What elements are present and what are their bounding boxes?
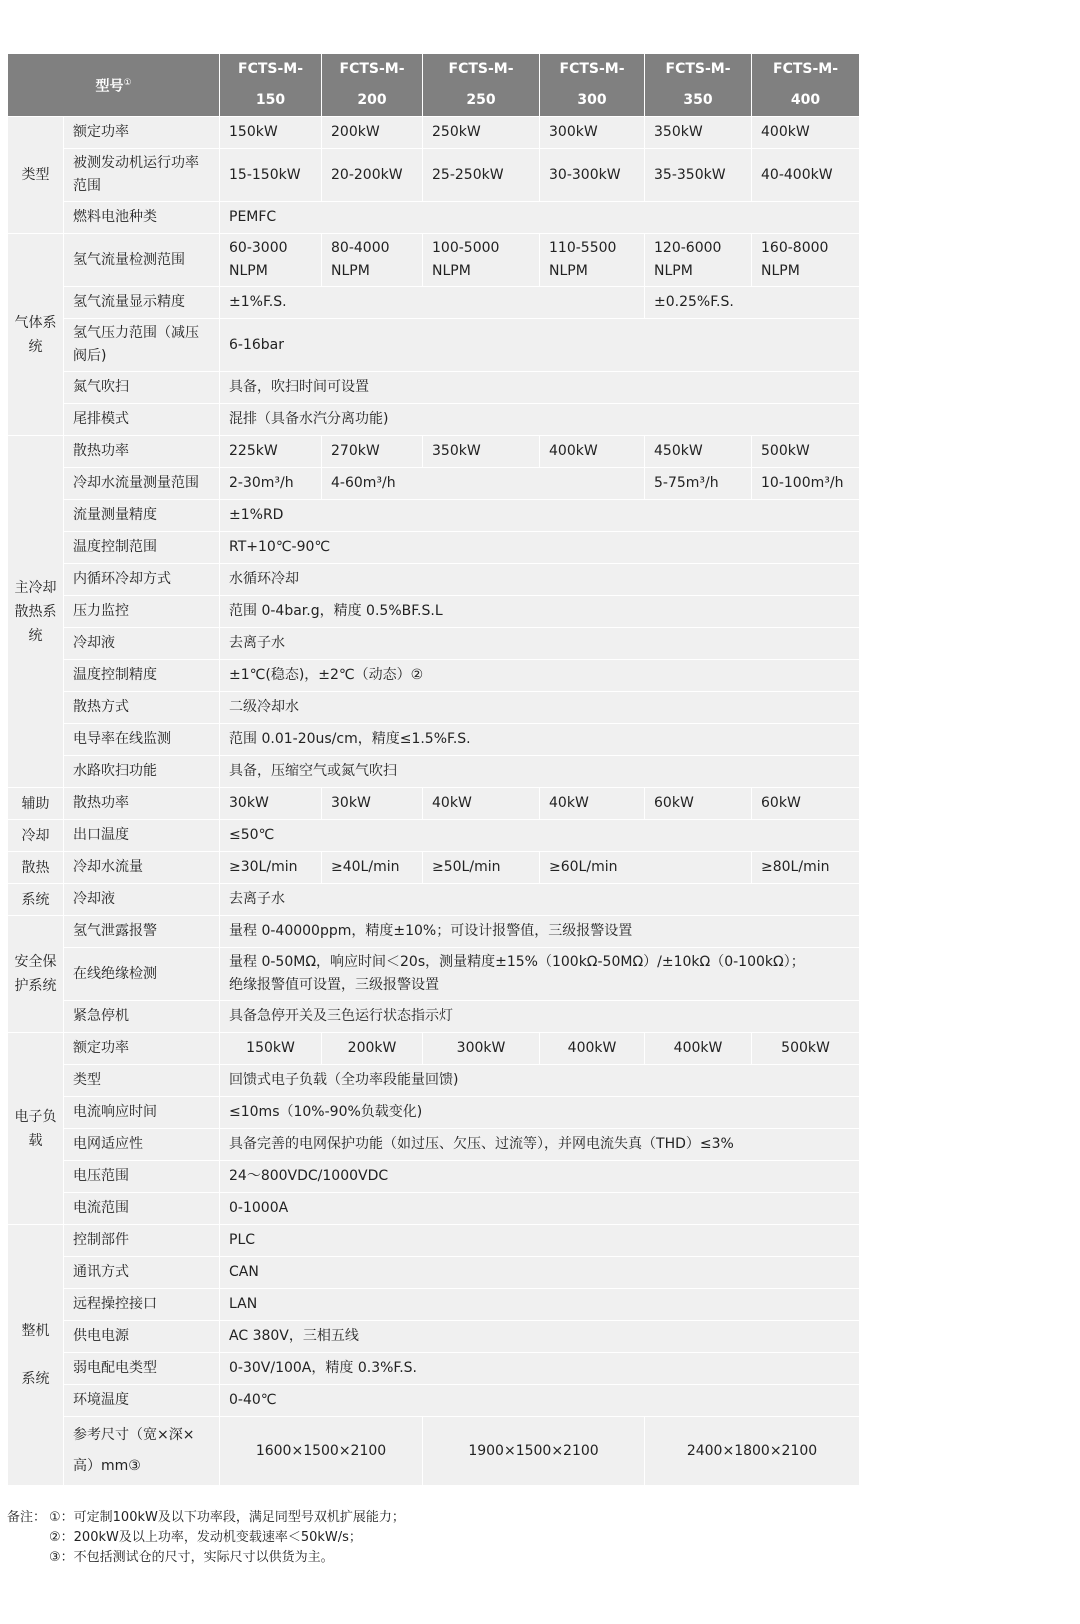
row-label: 燃料电池种类	[64, 202, 220, 234]
note-ref: ①	[123, 78, 131, 88]
row-label: 环境温度	[64, 1385, 220, 1417]
row-label: 在线绝缘检测	[64, 948, 220, 1001]
table-row: 电压范围 24～800VDC/1000VDC	[8, 1161, 860, 1193]
spec-table-container: 型号① FCTS-M-150 FCTS-M-200 FCTS-M-250 FCT…	[7, 53, 859, 1486]
row-label: 冷却水流量测量范围	[64, 468, 220, 500]
table-row: 流量测量精度 ±1%RD	[8, 500, 860, 532]
row-label: 电导率在线监测	[64, 724, 220, 756]
row-label: 电压范围	[64, 1161, 220, 1193]
table-row: 参考尺寸（宽×深×高）mm③ 1600×1500×2100 1900×1500×…	[8, 1417, 860, 1486]
category-aux-cooling-4: 系统	[8, 884, 64, 916]
row-label: 电流范围	[64, 1193, 220, 1225]
table-row: 系统 冷却液 去离子水	[8, 884, 860, 916]
category-main-cooling: 主冷却散热系统	[8, 436, 64, 788]
table-row: 温度控制精度 ±1℃(稳态)，±2℃（动态）②	[8, 660, 860, 692]
table-row: 氮气吹扫 具备，吹扫时间可设置	[8, 372, 860, 404]
table-row: 弱电配电类型 0-30V/100A，精度 0.3%F.S.	[8, 1353, 860, 1385]
row-label: 冷却液	[64, 884, 220, 916]
category-eload: 电子负载	[8, 1033, 64, 1225]
row-label: 流量测量精度	[64, 500, 220, 532]
row-label: 压力监控	[64, 596, 220, 628]
row-label: 远程操控接口	[64, 1289, 220, 1321]
table-row: 气体系统 氢气流量检测范围 60-3000 NLPM 80-4000 NLPM …	[8, 234, 860, 287]
row-label: 温度控制范围	[64, 532, 220, 564]
row-label: 氢气压力范围（减压阀后)	[64, 319, 220, 372]
row-label: 通讯方式	[64, 1257, 220, 1289]
row-label: 类型	[64, 1065, 220, 1097]
table-row: 内循环冷却方式 水循环冷却	[8, 564, 860, 596]
table-row: 类型 额定功率 150kW 200kW 250kW 300kW 350kW 40…	[8, 117, 860, 149]
table-row: 散热 冷却水流量 ≥30L/min ≥40L/min ≥50L/min ≥60L…	[8, 852, 860, 884]
table-row: 被测发动机运行功率范围 15-150kW 20-200kW 25-250kW 3…	[8, 149, 860, 202]
footnote-2: ②：200kW及以上功率，发动机变载速率＜50kW/s；	[49, 1528, 362, 1548]
table-row: 尾排模式 混排（具备水汽分离功能)	[8, 404, 860, 436]
model-col-4: FCTS-M-300	[540, 54, 645, 117]
table-row: 辅助 散热功率 30kW 30kW 40kW 40kW 60kW 60kW	[8, 788, 860, 820]
table-row: 氢气压力范围（减压阀后) 6-16bar	[8, 319, 860, 372]
table-row: 供电电源 AC 380V，三相五线	[8, 1321, 860, 1353]
table-row: 散热方式 二级冷却水	[8, 692, 860, 724]
row-label: 供电电源	[64, 1321, 220, 1353]
table-row: 水路吹扫功能 具备，压缩空气或氮气吹扫	[8, 756, 860, 788]
table-row: 冷却水流量测量范围 2-30m³/h 4-60m³/h 5-75m³/h 10-…	[8, 468, 860, 500]
footnotes: 备注：①：可定制100kW及以下功率段，满足同型号双机扩展能力； ②：200kW…	[7, 1508, 405, 1568]
category-gas: 气体系统	[8, 234, 64, 436]
row-label: 冷却水流量	[64, 852, 220, 884]
row-label: 散热功率	[64, 436, 220, 468]
table-row: 安全保护系统 氢气泄露报警 量程 0-40000ppm，精度±10%；可设计报警…	[8, 916, 860, 948]
header-row: 型号① FCTS-M-150 FCTS-M-200 FCTS-M-250 FCT…	[8, 54, 860, 117]
row-label: 额定功率	[64, 117, 220, 149]
table-row: 类型 回馈式电子负载（全功率段能量回馈)	[8, 1065, 860, 1097]
table-row: 环境温度 0-40℃	[8, 1385, 860, 1417]
table-row: 电流范围 0-1000A	[8, 1193, 860, 1225]
category-safety: 安全保护系统	[8, 916, 64, 1033]
row-label: 尾排模式	[64, 404, 220, 436]
row-label: 电流响应时间	[64, 1097, 220, 1129]
footnote-3: ③：不包括测试仓的尺寸，实际尺寸以供货为主。	[49, 1548, 334, 1568]
row-label: 内循环冷却方式	[64, 564, 220, 596]
row-label: 散热功率	[64, 788, 220, 820]
table-row: 电导率在线监测 范围 0.01-20us/cm，精度≤1.5%F.S.	[8, 724, 860, 756]
model-header: 型号①	[8, 54, 220, 117]
model-col-6: FCTS-M-400	[752, 54, 860, 117]
category-type: 类型	[8, 117, 64, 234]
category-aux-cooling-1: 辅助	[8, 788, 64, 820]
row-label: 温度控制精度	[64, 660, 220, 692]
table-row: 电网适应性 具备完善的电网保护功能（如过压、欠压、过流等），并网电流失真（THD…	[8, 1129, 860, 1161]
row-label: 出口温度	[64, 820, 220, 852]
table-row: 温度控制范围 RT+10℃-90℃	[8, 532, 860, 564]
table-row: 通讯方式 CAN	[8, 1257, 860, 1289]
row-label: 氮气吹扫	[64, 372, 220, 404]
row-label: 控制部件	[64, 1225, 220, 1257]
table-row: 电流响应时间 ≤10ms（10%-90%负载变化)	[8, 1097, 860, 1129]
category-aux-cooling-2: 冷却	[8, 820, 64, 852]
row-label: 散热方式	[64, 692, 220, 724]
table-row: 氢气流量显示精度 ±1%F.S. ±0.25%F.S.	[8, 287, 860, 319]
model-col-5: FCTS-M-350	[645, 54, 752, 117]
category-aux-cooling-3: 散热	[8, 852, 64, 884]
model-col-2: FCTS-M-200	[322, 54, 423, 117]
table-row: 燃料电池种类 PEMFC	[8, 202, 860, 234]
row-label: 参考尺寸（宽×深×高）mm③	[64, 1417, 220, 1486]
table-row: 整机系统 控制部件 PLC	[8, 1225, 860, 1257]
row-label: 额定功率	[64, 1033, 220, 1065]
table-row: 电子负载 额定功率 150kW 200kW 300kW 400kW 400kW …	[8, 1033, 860, 1065]
row-label: 氢气流量显示精度	[64, 287, 220, 319]
notes-prefix: 备注：	[7, 1508, 49, 1528]
row-label: 电网适应性	[64, 1129, 220, 1161]
table-row: 紧急停机 具备急停开关及三色运行状态指示灯	[8, 1001, 860, 1033]
row-label: 紧急停机	[64, 1001, 220, 1033]
model-col-1: FCTS-M-150	[220, 54, 322, 117]
row-label: 氢气泄露报警	[64, 916, 220, 948]
table-row: 在线绝缘检测 量程 0-50MΩ，响应时间＜20s，测量精度±15%（100kΩ…	[8, 948, 860, 1001]
row-label: 水路吹扫功能	[64, 756, 220, 788]
table-row: 压力监控 范围 0-4bar.g，精度 0.5%BF.S.L	[8, 596, 860, 628]
row-label: 弱电配电类型	[64, 1353, 220, 1385]
table-row: 冷却液 去离子水	[8, 628, 860, 660]
row-label: 氢气流量检测范围	[64, 234, 220, 287]
category-machine: 整机系统	[8, 1225, 64, 1486]
footnote-1: ①：可定制100kW及以下功率段，满足同型号双机扩展能力；	[49, 1508, 405, 1528]
model-col-3: FCTS-M-250	[423, 54, 540, 117]
row-label: 冷却液	[64, 628, 220, 660]
spec-table: 型号① FCTS-M-150 FCTS-M-200 FCTS-M-250 FCT…	[7, 53, 860, 1486]
table-row: 主冷却散热系统 散热功率 225kW 270kW 350kW 400kW 450…	[8, 436, 860, 468]
row-label: 被测发动机运行功率范围	[64, 149, 220, 202]
table-row: 冷却 出口温度 ≤50℃	[8, 820, 860, 852]
table-row: 远程操控接口 LAN	[8, 1289, 860, 1321]
